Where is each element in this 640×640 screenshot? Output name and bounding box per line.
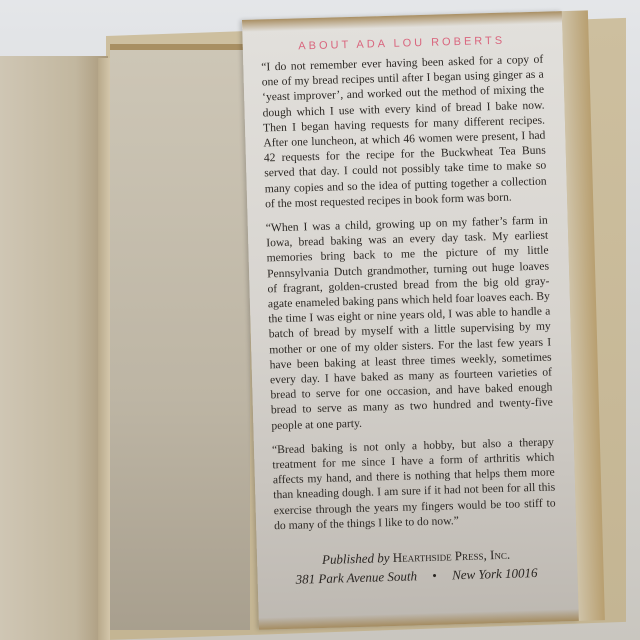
paragraph-childhood: “When I was a child, growing up on my fa…: [266, 213, 554, 434]
flap-worn-top-edge: [242, 11, 562, 32]
flap-heading: ABOUT ADA LOU ROBERTS: [261, 34, 543, 54]
publisher-name: Hearthside Press, Inc.: [393, 547, 511, 565]
publisher-imprint: Published by Hearthside Press, Inc. 381 …: [275, 544, 558, 590]
published-by-label: Published by: [322, 550, 390, 567]
left-page: [0, 56, 108, 640]
publisher-address: 381 Park Avenue South: [295, 568, 417, 586]
endpaper: [110, 50, 250, 630]
paragraph-origin: “I do not remember ever having been aske…: [261, 52, 547, 212]
book-photo: ABOUT ADA LOU ROBERTS “I do not remember…: [0, 0, 640, 640]
flap-content: ABOUT ADA LOU ROBERTS “I do not remember…: [261, 34, 558, 590]
dust-jacket-flap: ABOUT ADA LOU ROBERTS “I do not remember…: [242, 11, 579, 630]
bullet-separator: •: [432, 568, 437, 583]
paragraph-therapy: “Bread baking is not only a hobby, but a…: [272, 434, 556, 533]
left-page-edge: [98, 58, 110, 640]
publisher-city: New York 10016: [452, 565, 538, 582]
